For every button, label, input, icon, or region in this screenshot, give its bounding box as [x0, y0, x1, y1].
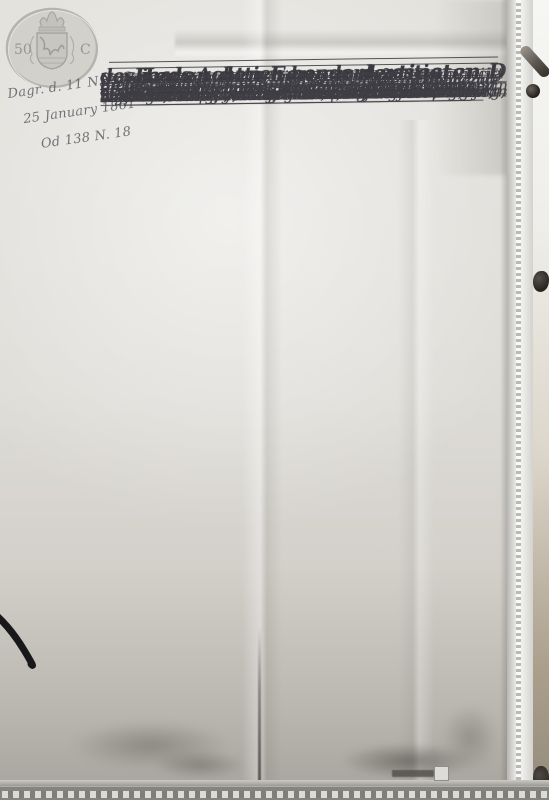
background-beyond-sleeve — [533, 0, 549, 786]
sleeve-perforation-squares — [2, 791, 547, 798]
manuscript-text: Heden den Een en dertigsten Decemberdes … — [100, 56, 511, 742]
sleeve-perforation-dots — [516, 0, 521, 786]
paper-smudge — [135, 745, 265, 785]
archival-photo: 50 C Dagr. d. 11 N. 433 25 January 1861 … — [0, 0, 549, 800]
sleeve-notch — [434, 766, 449, 781]
stamp-value-right: C — [80, 42, 91, 58]
sleeve-micro-label — [392, 770, 434, 777]
sleeve-seam-strip — [507, 0, 533, 786]
binder-ring-top-tip — [526, 84, 540, 98]
stamp-value-left: 50 — [14, 42, 32, 58]
ink-stroke — [0, 600, 60, 690]
manuscript-line-text: belend aan de eene zijde de Roomsch Cath… — [100, 80, 518, 109]
sleeve-bottom-strip — [0, 786, 549, 800]
